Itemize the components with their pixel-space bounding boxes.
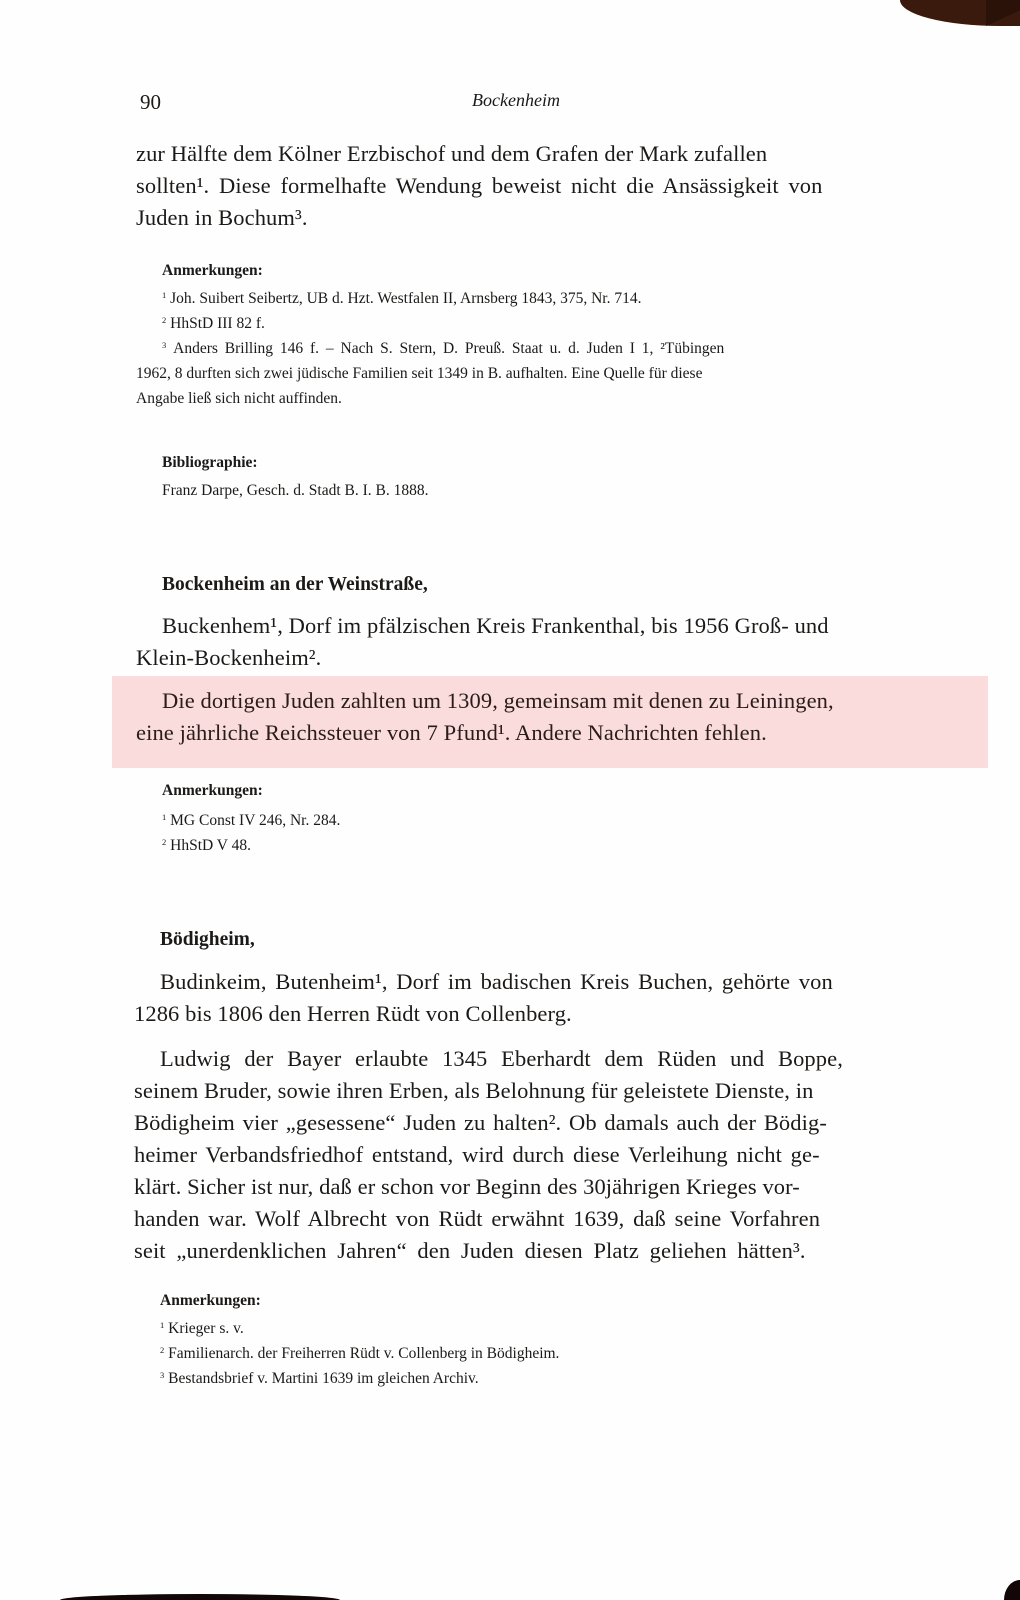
footnote: 3 Bestandsbrief v. Martini 1639 im gleic… — [160, 1370, 479, 1388]
book-edge-shadow — [1004, 1580, 1020, 1600]
footnote-continuation: 1962, 8 durften sich zwei jüdische Famil… — [136, 365, 702, 383]
footnote-continuation: Angabe ließ sich nicht auffinden. — [136, 390, 342, 408]
body-line: Budinkeim, Butenheim¹, Dorf im badischen… — [160, 969, 833, 995]
body-line: sollten¹. Diese formelhafte Wendung bewe… — [136, 173, 940, 199]
footnote: 3 Anders Brilling 146 f. – Nach S. Stern… — [162, 340, 940, 358]
body-line: Ludwig der Bayer erlaubte 1345 Eberhardt… — [160, 1046, 843, 1072]
notes-heading: Anmerkungen: — [160, 1292, 261, 1310]
section-title: Bockenheim an der Weinstraße, — [162, 574, 428, 596]
body-line: seit „unerdenklichen Jahren“ den Juden d… — [134, 1238, 806, 1264]
body-line: Klein-Bockenheim². — [136, 645, 321, 671]
highlighted-line: Die dortigen Juden zahlten um 1309, geme… — [162, 688, 834, 714]
running-title: Bockenheim — [472, 90, 560, 111]
body-line: Juden in Bochum³. — [136, 205, 308, 231]
notes-heading: Anmerkungen: — [162, 262, 263, 280]
book-edge-shadow — [60, 1594, 340, 1600]
body-line: handen war. Wolf Albrecht von Rüdt erwäh… — [134, 1206, 820, 1232]
body-line: Buckenhem¹, Dorf im pfälzischen Kreis Fr… — [162, 613, 829, 639]
section-title: Bödigheim, — [160, 929, 255, 951]
body-line: 1286 bis 1806 den Herren Rüdt von Collen… — [134, 1001, 572, 1027]
bibliography-entry: Franz Darpe, Gesch. d. Stadt B. I. B. 18… — [162, 482, 428, 500]
bibliography-heading: Bibliographie: — [162, 454, 258, 472]
highlighted-line: eine jährliche Reichssteuer von 7 Pfund¹… — [136, 720, 767, 746]
footnote: 2 Familienarch. der Freiherren Rüdt v. C… — [160, 1345, 559, 1363]
body-line: heimer Verbandsfriedhof entstand, wird d… — [134, 1142, 820, 1168]
body-line: seinem Bruder, sowie ihren Erben, als Be… — [134, 1078, 813, 1104]
notes-heading: Anmerkungen: — [162, 782, 263, 800]
page-number: 90 — [140, 90, 161, 115]
body-line: klärt. Sicher ist nur, daß er schon vor … — [134, 1174, 800, 1200]
footnote: 2 HhStD III 82 f. — [162, 315, 265, 333]
footnote: 1 Joh. Suibert Seibertz, UB d. Hzt. West… — [162, 290, 641, 308]
footnote: 1 MG Const IV 246, Nr. 284. — [162, 812, 340, 830]
footnote: 1 Krieger s. v. — [160, 1320, 244, 1338]
footnote: 2 HhStD V 48. — [162, 837, 251, 855]
body-line: Bödigheim vier „gesessene“ Juden zu halt… — [134, 1110, 827, 1136]
body-line: zur Hälfte dem Kölner Erzbischof und dem… — [136, 141, 940, 167]
